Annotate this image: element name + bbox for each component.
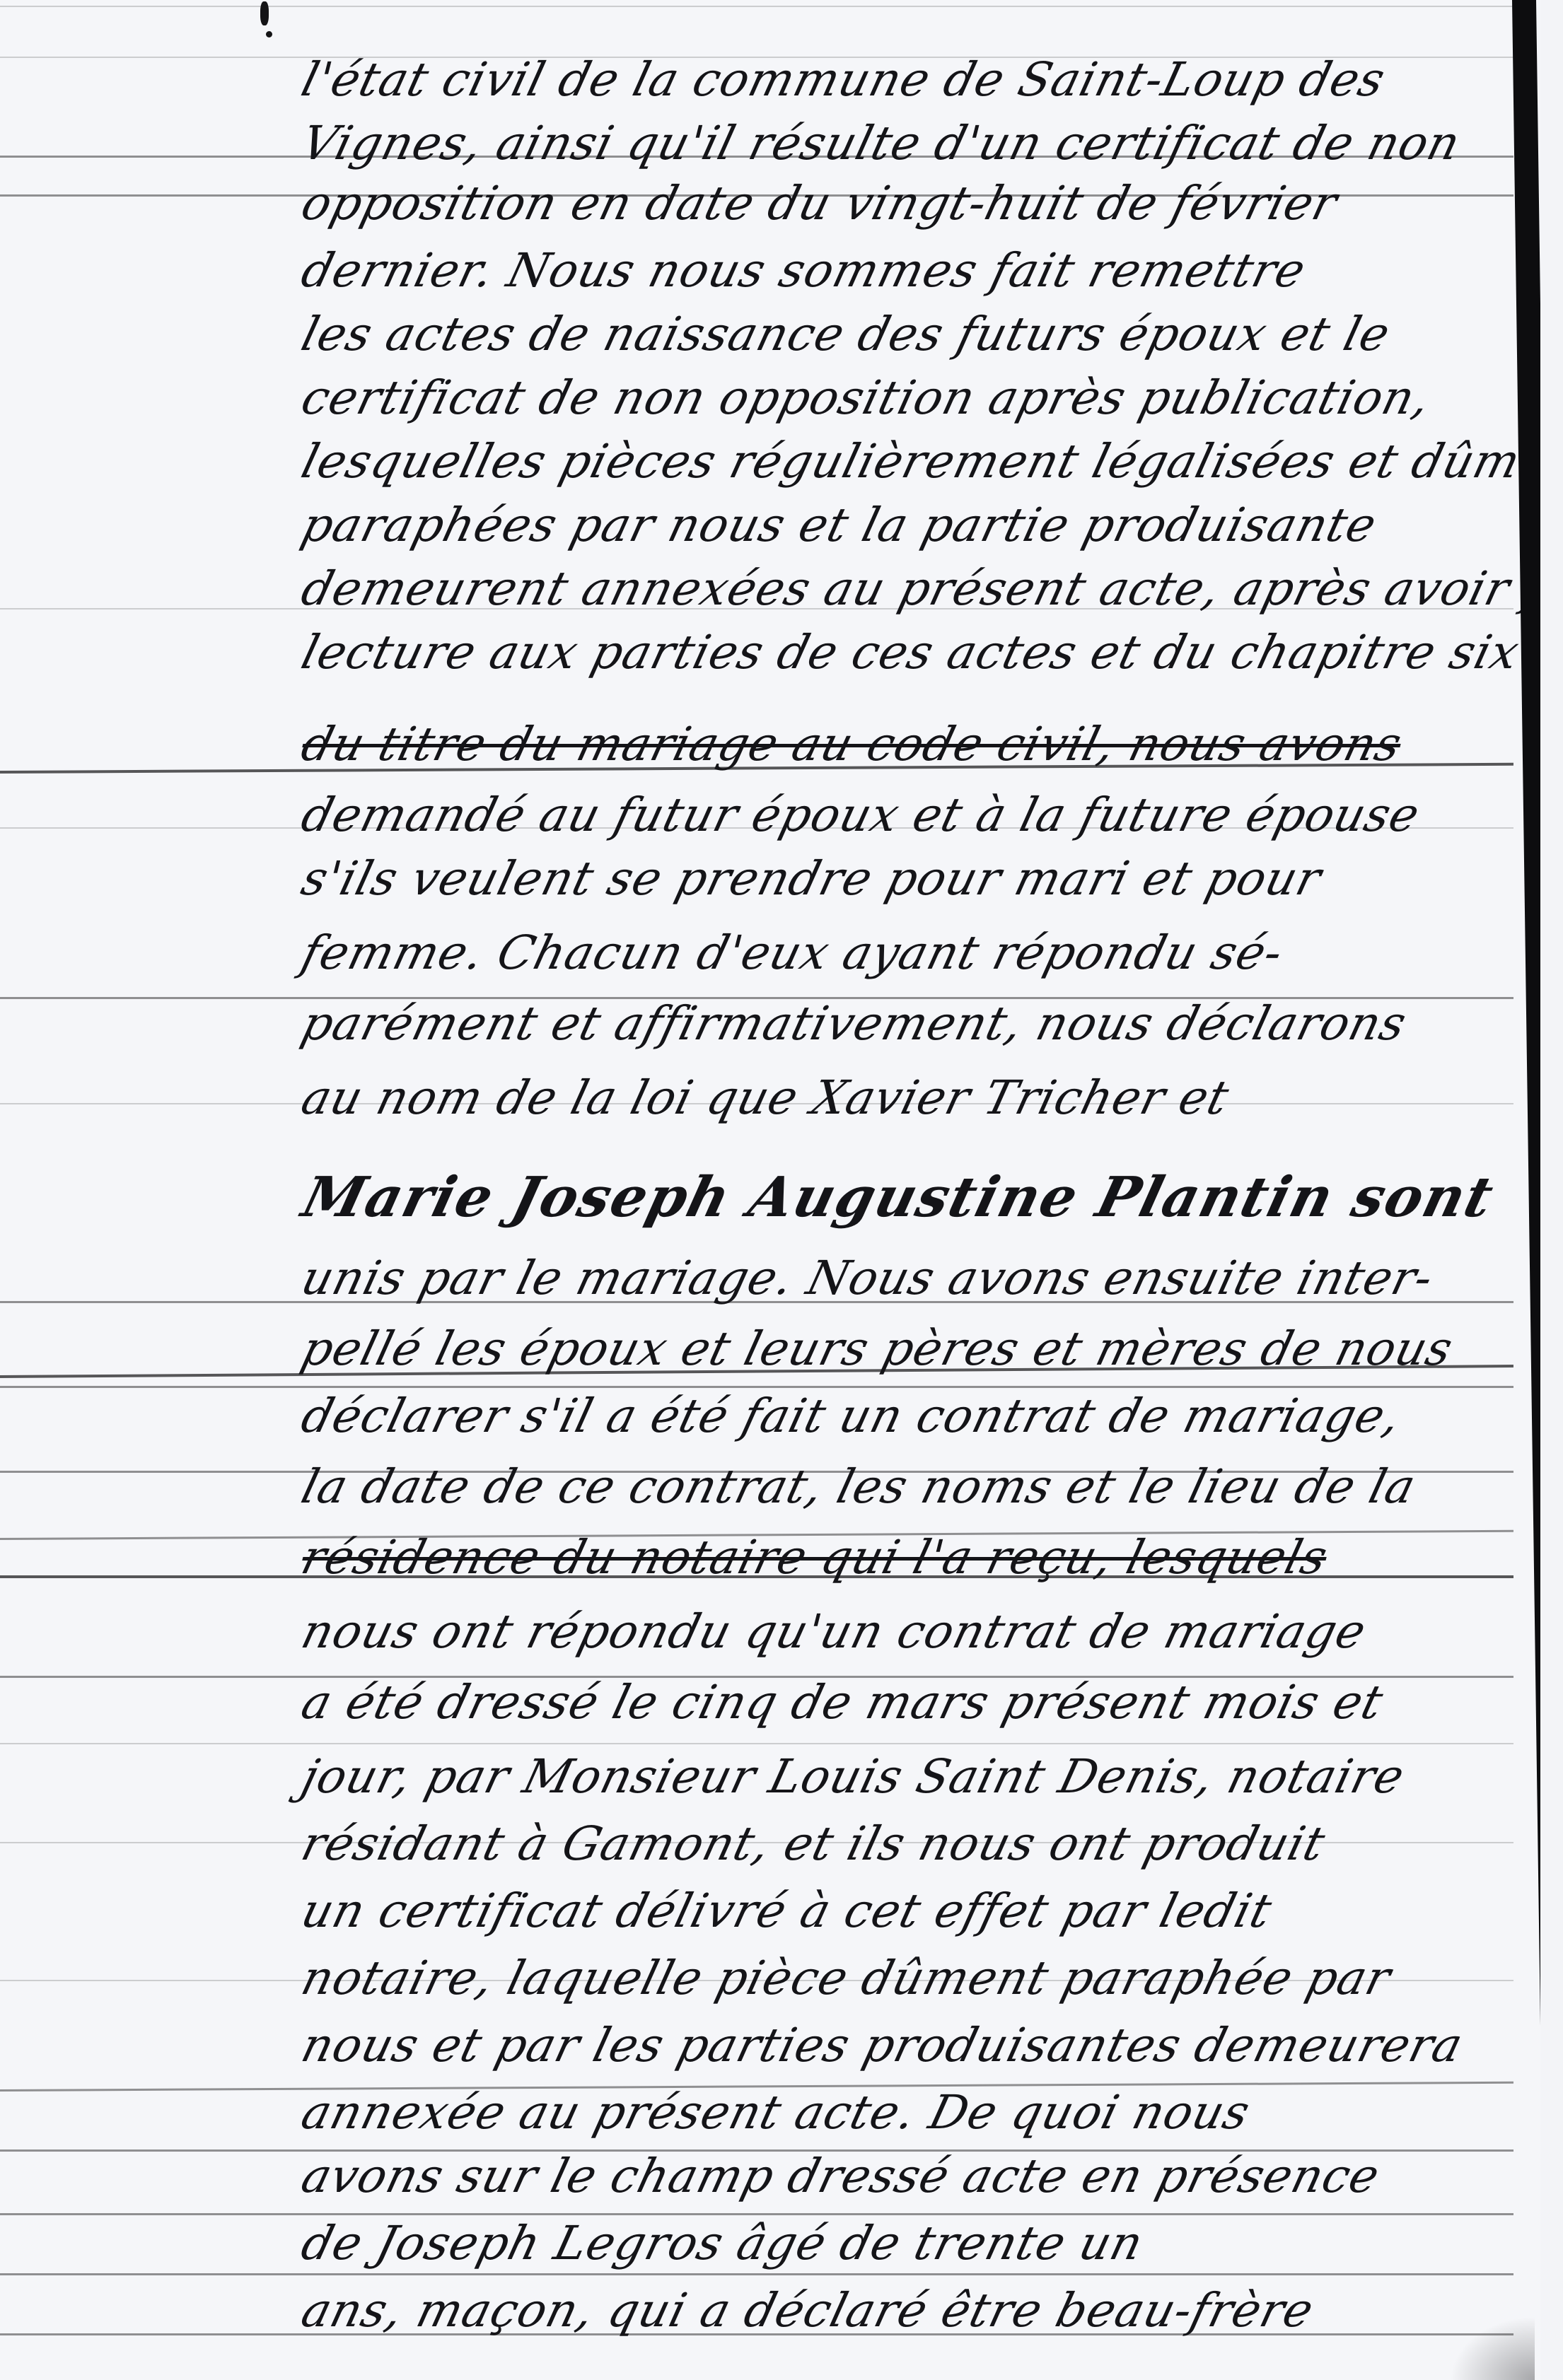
text-line-13: s'ils veulent se prendre pour mari et po…: [297, 856, 1525, 902]
text-line-3: opposition en date du vingt-huit de févr…: [297, 180, 1525, 227]
text-line-29: nous et par les parties produisantes dem…: [297, 2022, 1525, 2069]
text-line-28: notaire, laquelle pièce dûment paraphée …: [297, 1955, 1525, 2002]
ink-blot: [260, 1, 269, 25]
text-line-17-bride-name: Marie Joseph Augustine Plantin sont: [297, 1170, 1527, 1225]
text-line-15: parément et affirmativement, nous déclar…: [297, 1001, 1525, 1047]
text-line-4: dernier. Nous nous sommes fait remettre: [297, 247, 1525, 294]
text-line-6: certificat de non opposition après publi…: [297, 375, 1525, 421]
text-line-33: ans, maçon, qui a déclaré être beau-frèr…: [297, 2287, 1525, 2334]
text-line-8: paraphées par nous et la partie produisa…: [297, 502, 1525, 549]
text-line-18: unis par le mariage. Nous avons ensuite …: [297, 1255, 1525, 1302]
text-line-14: femme. Chacun d'eux ayant répondu sé-: [297, 930, 1525, 976]
text-line-10: lecture aux parties de ces actes et du c…: [297, 629, 1525, 676]
adjacent-page-edge: [1540, 0, 1563, 2380]
text-line-1: l'état civil de la commune de Saint-Loup…: [297, 57, 1525, 103]
text-line-16: au nom de la loi que Xavier Tricher et: [297, 1075, 1525, 1121]
text-line-27: un certificat délivré à cet effet par le…: [297, 1888, 1525, 1935]
text-line-11-struck: du titre du mariage au code civil, nous …: [297, 721, 1525, 768]
text-line-30: annexée au présent acte. De quoi nous: [297, 2089, 1525, 2136]
text-line-31: avons sur le champ dressé acte en présen…: [297, 2153, 1525, 2200]
scanned-register-page: l'état civil de la commune de Saint-Loup…: [0, 0, 1563, 2380]
text-line-25: jour, par Monsieur Louis Saint Denis, no…: [297, 1754, 1525, 1800]
ruling-line: [0, 2273, 1513, 2275]
text-line-23: nous ont répondu qu'un contrat de mariag…: [297, 1609, 1525, 1655]
ruling-line: [0, 1743, 1513, 1744]
text-line-9: demeurent annexées au présent acte, aprè…: [297, 566, 1525, 612]
text-line-20: déclarer s'il a été fait un contrat de m…: [297, 1393, 1525, 1440]
ruling-line: [0, 6, 1513, 7]
text-line-7: lesquelles pièces régulièrement légalisé…: [297, 438, 1525, 485]
text-line-32: de Joseph Legros âgé de trente un: [297, 2220, 1525, 2267]
text-line-24: a été dressé le cinq de mars présent moi…: [297, 1679, 1525, 1726]
text-line-26: résidant à Gamont, et ils nous ont produ…: [297, 1821, 1525, 1867]
text-line-2: Vignes, ainsi qu'il résulte d'un certifi…: [297, 120, 1525, 167]
scan-shadow: [1450, 2316, 1535, 2380]
text-line-22-struck: résidence du notaire qui l'a reçu, lesqu…: [297, 1534, 1525, 1581]
text-line-21: la date de ce contrat, les noms et le li…: [297, 1464, 1525, 1510]
text-line-19: pellé les époux et leurs pères et mères …: [297, 1326, 1525, 1372]
text-line-12: demandé au futur époux et à la future ép…: [297, 792, 1525, 839]
ruling-line: [0, 2213, 1513, 2215]
ruling-line: [0, 1386, 1513, 1388]
text-line-5: les actes de naissance des futurs époux …: [297, 311, 1525, 358]
ink-blot: [266, 31, 272, 37]
